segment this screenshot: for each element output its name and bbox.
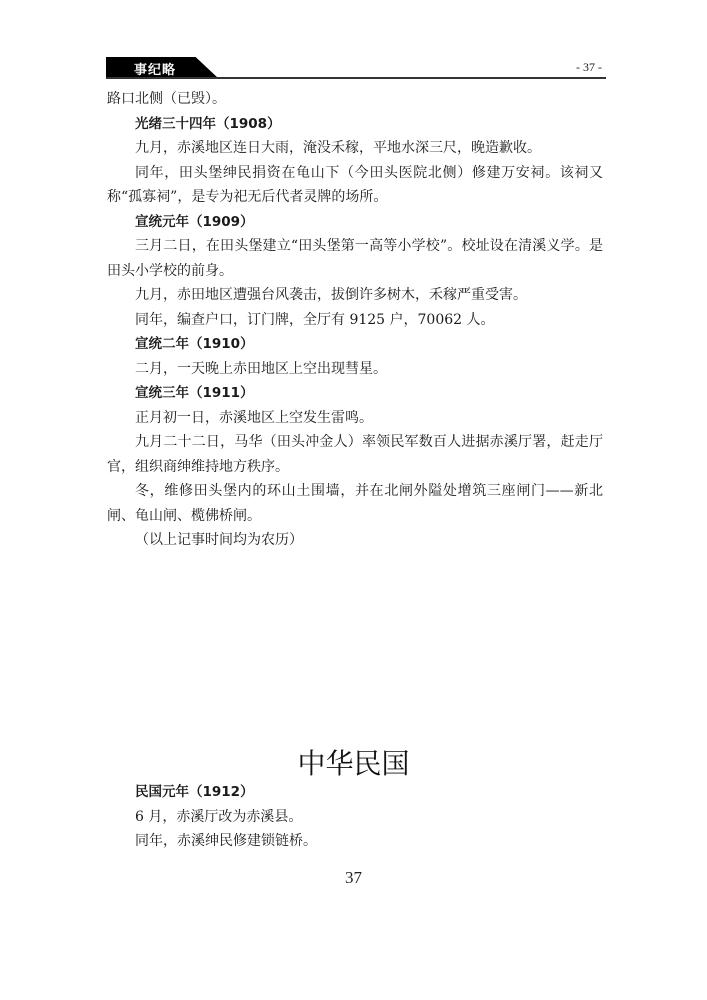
- header-rule: [106, 77, 606, 79]
- entry-paragraph: 6 月，赤溪厅改为赤溪县。: [135, 805, 605, 830]
- entry-paragraph: 正月初一日，赤溪地区上空发生雷鸣。: [107, 406, 603, 431]
- entry-paragraph: 九月，赤田地区遭强台风袭击，拔倒许多树木，禾稼严重受害。: [107, 283, 603, 308]
- year-heading: 民国元年（1912）: [135, 780, 605, 805]
- entry-paragraph: 冬，维修田头堡内的环山土围墙，并在北闸外隘处增筑三座闸门——新北闸、龟山闸、榄佛…: [107, 479, 603, 528]
- entry-paragraph: 二月，一天晚上赤田地区上空出现彗星。: [107, 357, 603, 382]
- footer-page-number: 37: [0, 868, 707, 888]
- entry-paragraph: 同年，编查户口，订门牌，全厅有 9125 户，70062 人。: [107, 308, 603, 333]
- running-header: 事纪略 - 37 -: [106, 57, 606, 79]
- entry-paragraph: 三月二日，在田头堡建立“田头堡第一高等小学校”。校址设在清溪义学。是田头小学校的…: [107, 234, 603, 283]
- entry-paragraph: 同年，赤溪绅民修建锁链桥。: [135, 829, 605, 854]
- header-page-marker: - 37 -: [576, 60, 602, 75]
- calendar-note: （以上记事时间均为农历）: [107, 528, 603, 553]
- entry-paragraph: 同年，田头堡绅民捐资在龟山下（今田头医院北侧）修建万安祠。该祠又称“孤寡祠”，是…: [107, 161, 603, 210]
- entry-paragraph: 九月二十二日，马华（田头冲金人）率领民军数百人进据赤溪厅署，赶走厅官，组织商绅维…: [107, 430, 603, 479]
- section-title: 中华民国: [0, 742, 707, 782]
- year-heading: 宣统二年（1910）: [107, 332, 603, 357]
- qing-dynasty-section: 路口北侧（已毁）。 光绪三十四年（1908） 九月，赤溪地区连日大雨，淹没禾稼，…: [107, 87, 603, 553]
- section-label: 事纪略: [134, 59, 176, 78]
- entry-paragraph: 九月，赤溪地区连日大雨，淹没禾稼，平地水深三尺，晚造歉收。: [107, 136, 603, 161]
- year-heading: 宣统元年（1909）: [107, 210, 603, 235]
- continuation-text: 路口北侧（已毁）。: [107, 87, 603, 112]
- republic-section: 民国元年（1912） 6 月，赤溪厅改为赤溪县。 同年，赤溪绅民修建锁链桥。: [135, 780, 605, 854]
- year-heading: 宣统三年（1911）: [107, 381, 603, 406]
- year-heading: 光绪三十四年（1908）: [107, 112, 603, 137]
